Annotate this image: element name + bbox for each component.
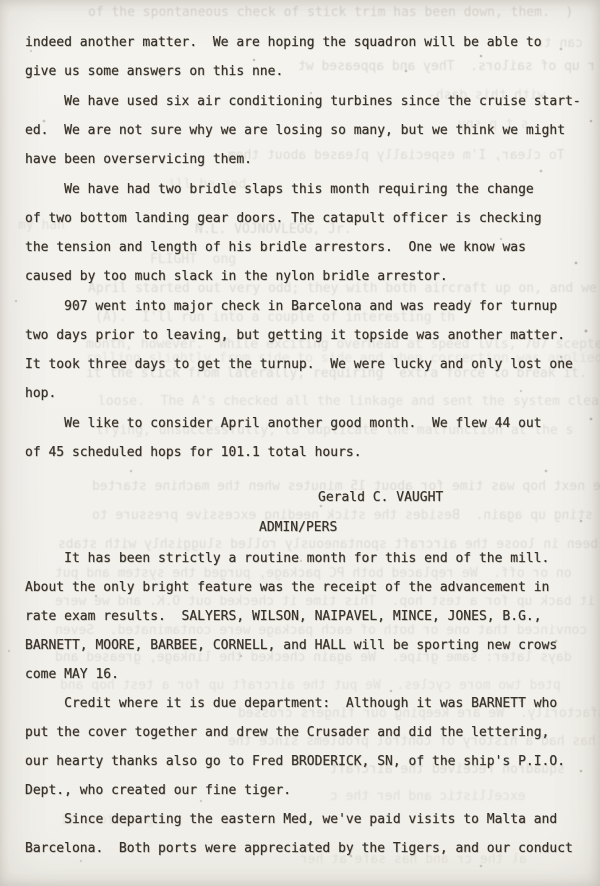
bleedthrough-text: it back up for a test hop. This time it … [55,594,595,609]
bleedthrough-text: on or off. We replaced both PC package, … [55,566,572,581]
typed-line: Since departing the eastern Med, we've p… [25,812,557,827]
typed-line: two days prior to leaving, but getting i… [25,328,565,343]
typed-line: BARNETT, MOORE, BARBEE, CORNELL, and HAL… [25,638,557,653]
typed-line: We have had two bridle slaps this month … [25,182,534,197]
typed-line: caused by too much slack in the nylon br… [25,269,448,284]
bleedthrough-text: excellistic and her the c [330,789,526,804]
typed-line: We like to consider April another good m… [25,416,542,431]
typed-line: rate exam results. SALYERS, WILSON, NAIP… [25,609,542,624]
typed-line: put the cover together and drew the Crus… [25,725,549,740]
typed-line: of two bottom landing gear doors. The ca… [25,211,542,226]
bleedthrough-text: of the spontaneous check of stick trim h… [88,5,573,20]
typed-line: It has been strictly a routine month for… [25,551,549,566]
typed-line: our hearty thanks also go to Fred BRODER… [25,754,565,769]
typed-line: Barcelona. Both ports were appreciated b… [25,841,573,856]
typed-line: About the only bright feature was the re… [25,580,549,595]
typed-line: hop. [25,386,56,401]
section-heading: ADMIN/PERS [259,520,337,535]
paper-speckles [0,0,2,2]
typed-line: of 45 scheduled hops for 101.1 total hou… [25,445,362,460]
typed-line: the tension and length of his bridle arr… [25,240,526,255]
typed-line: Credit where it is due department: Altho… [25,696,557,711]
bleedthrough-text: loose. The A's checked all the linkage a… [98,394,600,409]
typed-line: have been overservicing them. [25,152,252,167]
signature-name: Gerald C. VAUGHT [318,490,443,505]
typed-line: give us some answers on this nne. [25,64,283,79]
scanned-document-page: of the spontaneous check of stick trim h… [0,0,600,886]
typed-line: 907 went into major check in Barcelona a… [25,299,557,314]
bleedthrough-text: can tr [536,36,583,51]
bleedthrough-text: been in loose the aircraft spontaneously… [58,537,598,552]
typed-line: It took three days to get the turnup. We… [25,357,573,372]
typed-line: indeed another matter. We are hoping the… [25,35,542,50]
bleedthrough-text: sting up again. Besides the stick needin… [92,508,593,523]
typed-line: We have used six air conditioning turbin… [25,94,581,109]
bleedthrough-text: To clear, I'm especially pleased about t… [228,148,565,163]
typed-line: ed. We are not sure why we are losing so… [25,123,565,138]
bleedthrough-text: pted two more cycles. We put the aircraf… [60,678,561,693]
bleedthrough-text: r up of sailors. They and appeased wt [298,59,595,74]
typed-line: Dept., who created our fine tiger. [25,783,291,798]
bleedthrough-text: convinced that one or both of each packa… [55,623,587,638]
typed-line: come MAY 16. [25,667,119,682]
